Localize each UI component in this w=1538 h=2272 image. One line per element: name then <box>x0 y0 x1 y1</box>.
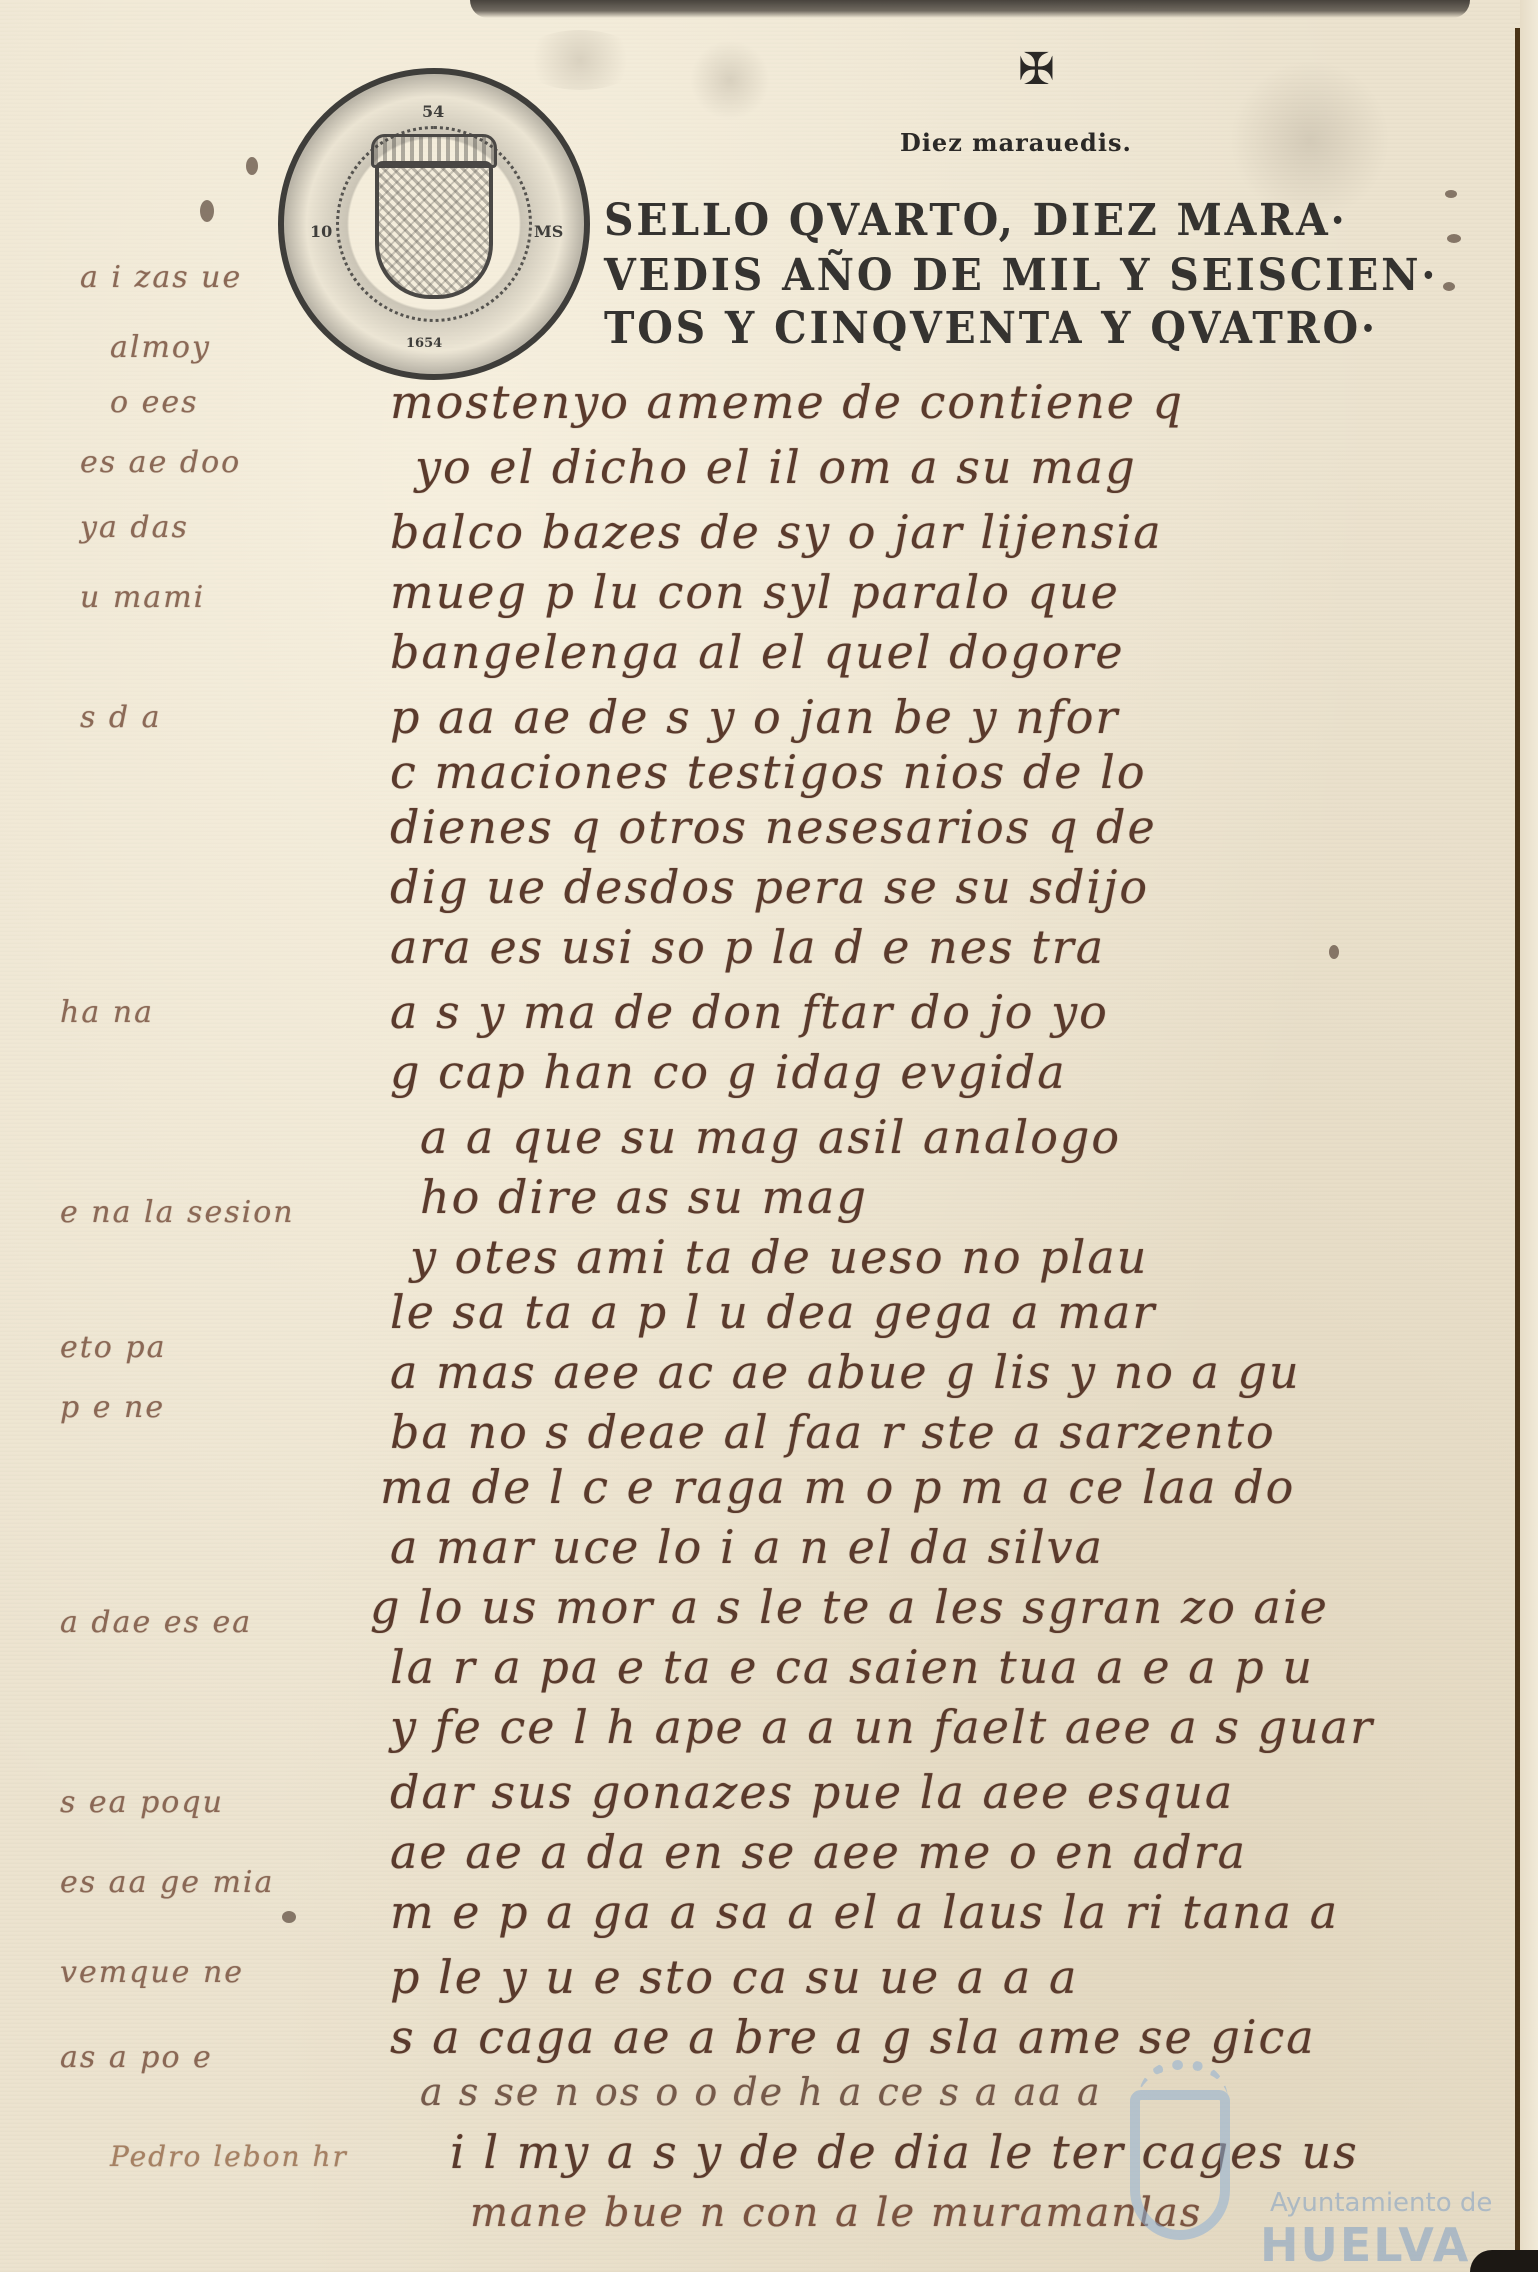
margin-note: es ae doo <box>80 445 241 480</box>
ink-blot <box>1447 234 1461 243</box>
watermark-shield-icon <box>1130 2090 1230 2240</box>
handwritten-line: a s se n os o o de h a ce s a aa a <box>420 2070 1102 2114</box>
stamp-header-line-2: VEDIS AÑO DE MIL Y SEISCIEN· <box>604 250 1438 301</box>
handwritten-line: la r a pa e ta e ca saien tua a e a p u <box>390 1640 1314 1694</box>
binding-strip <box>1520 0 1538 2272</box>
margin-note: as a po e <box>60 2040 213 2075</box>
margin-note: u mami <box>80 580 205 615</box>
huelva-watermark: Ayuntamiento de HUELVA <box>1130 2060 1510 2260</box>
handwritten-line: ma de l c e raga m o p m a ce laa do <box>380 1460 1295 1514</box>
seal-top-label: 54 <box>422 102 444 121</box>
handwritten-line: p aa ae de s y o jan be y nfor <box>390 690 1119 744</box>
handwritten-line: m e p a ga a sa a el a laus la ri tana a <box>390 1885 1339 1939</box>
ink-blot <box>1329 945 1339 959</box>
handwritten-line: a mas aee ac ae abue g lis y no a gu <box>390 1345 1301 1399</box>
ink-blot <box>1445 190 1457 198</box>
watermark-line-1: Ayuntamiento de <box>1270 2188 1492 2218</box>
scanner-top-edge <box>470 0 1470 18</box>
margin-note: ha na <box>60 995 154 1030</box>
margin-note: s ea poqu <box>60 1785 224 1820</box>
manuscript-page: 54 10 MS 1654 ✠ Diez marauedis. SELLO QV… <box>0 0 1538 2272</box>
handwritten-line: mueg p lu con syl paralo que <box>390 565 1120 619</box>
handwritten-line: dar sus gonazes pue la aee esqua <box>390 1765 1234 1819</box>
handwritten-line: bangelenga al el quel dogore <box>390 625 1125 679</box>
handwritten-line: dig ue desdos pera se su sdijo <box>390 860 1149 914</box>
cross-icon: ✠ <box>1018 48 1055 92</box>
handwritten-line: p le y u e sto ca su ue a a a <box>390 1950 1078 2004</box>
handwritten-line: balco bazes de sy o jar lijensia <box>390 505 1163 559</box>
stamp-header-line-1: SELLO QVARTO, DIEZ MARA· <box>604 195 1348 246</box>
handwritten-line: y otes ami ta de ueso no plau <box>410 1230 1148 1284</box>
handwritten-line: ara es usi so p la d e nes tra <box>390 920 1105 974</box>
footer-signature-note: Pedro lebon hr <box>110 2140 348 2173</box>
handwritten-line: c maciones testigos nios de lo <box>390 745 1147 799</box>
watermark-line-2: HUELVA <box>1260 2218 1470 2272</box>
coat-of-arms-icon <box>375 161 493 299</box>
ink-blot <box>282 1911 296 1923</box>
handwritten-line: a s y ma de don ftar do jo yo <box>390 985 1109 1039</box>
margin-note: ya das <box>80 510 189 545</box>
margin-note: s d a <box>80 700 162 735</box>
margin-note: a i zas ue <box>80 260 242 295</box>
handwritten-line: mostenyo ameme de contiene q <box>390 375 1184 429</box>
ink-blot <box>1443 282 1455 291</box>
royal-seal-stamp: 54 10 MS 1654 <box>278 68 590 380</box>
handwritten-line: g cap han co g idag evgida <box>390 1045 1067 1099</box>
ink-blot <box>246 157 258 175</box>
denomination-heading: Diez marauedis. <box>900 128 1132 157</box>
seal-year-label: 1654 <box>406 336 442 351</box>
handwritten-line: ae ae a da en se aee me o en adra <box>390 1825 1247 1879</box>
bleed-through-mark <box>690 40 770 120</box>
margin-note: p e ne <box>60 1390 165 1425</box>
handwritten-line: a a que su mag asil analogo <box>420 1110 1121 1164</box>
seal-left-label: 10 <box>310 222 332 241</box>
margin-note: eto pa <box>60 1330 167 1365</box>
margin-note: es aa ge mia <box>60 1865 274 1900</box>
handwritten-line: y fe ce l h ape a a un faelt aee a s gua… <box>390 1700 1374 1754</box>
margin-note: almoy <box>110 330 211 365</box>
margin-note: a dae es ea <box>60 1605 252 1640</box>
handwritten-line: le sa ta a p l u dea gega a mar <box>390 1285 1156 1339</box>
margin-note: e na la sesion <box>60 1195 295 1230</box>
handwritten-line: ho dire as su mag <box>420 1170 868 1224</box>
bleed-through-mark <box>520 30 640 90</box>
stamp-header-line-3: TOS Y CINQVENTA Y QVATRO· <box>604 303 1378 354</box>
handwritten-line: g lo us mor a s le te a les sgran zo aie <box>370 1580 1329 1634</box>
margin-note: o ees <box>110 385 199 420</box>
handwritten-line: s a caga ae a bre a g sla ame se gica <box>390 2010 1316 2064</box>
handwritten-line: a mar uce lo i a n el da silva <box>390 1520 1104 1574</box>
handwritten-line: dienes q otros nesesarios q de <box>390 800 1157 854</box>
ink-blot <box>200 200 214 222</box>
margin-note: vemque ne <box>60 1955 244 1990</box>
handwritten-line: yo el dicho el il om a su mag <box>415 440 1137 494</box>
handwritten-line: mane bue n con a le muramanlas <box>470 2190 1202 2236</box>
handwritten-line: ba no s deae al faa r ste a sarzento <box>390 1405 1276 1459</box>
seal-right-label: MS <box>534 222 563 241</box>
